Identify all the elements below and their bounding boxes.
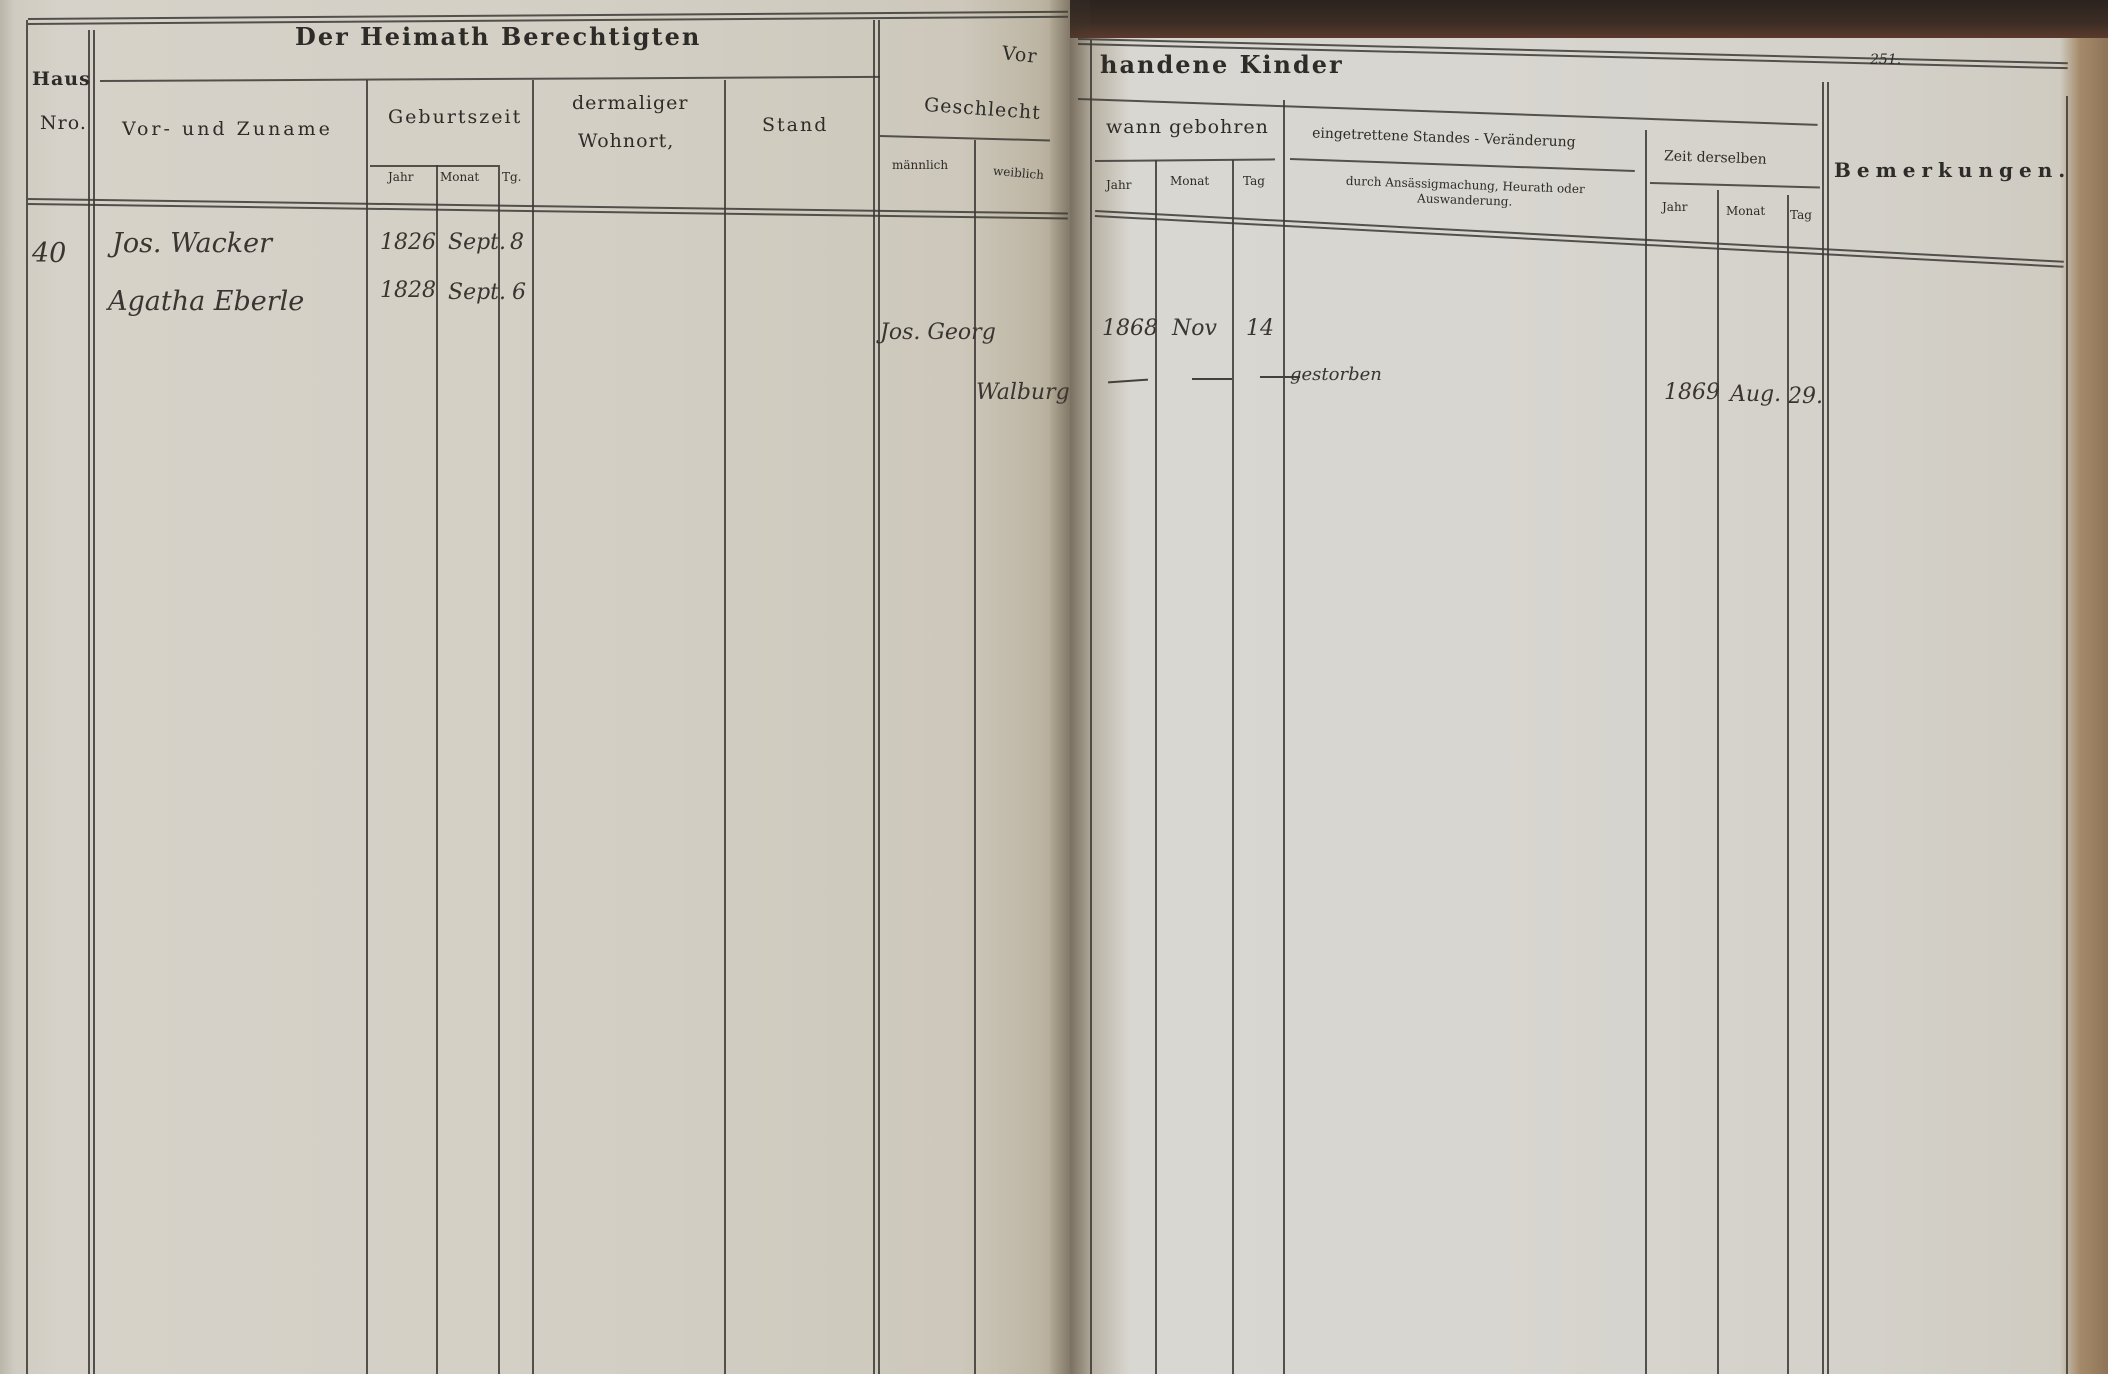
rule-tag-col (532, 80, 534, 1374)
header-born-tag: Tag (1243, 174, 1265, 188)
rule-under-birth (370, 165, 498, 167)
entry-1-haus-nro: 40 (32, 238, 66, 269)
rule-remarks-col (1822, 82, 1829, 1374)
header-born-monat: Monat (1170, 174, 1209, 188)
header-residence-2: Wohnort, (578, 130, 674, 152)
child-1-born-tag: 14 (1246, 316, 1274, 341)
header-time-tag: Tag (1790, 208, 1812, 222)
rule-born-monat-col (1232, 160, 1234, 1374)
entry-2-name: Agatha Eberle (108, 286, 304, 317)
header-residence-1: dermaliger (572, 92, 688, 114)
header-group-kinder: handene Kinder (1100, 50, 1344, 79)
book-gutter (1050, 0, 1090, 1374)
rule-born-jahr-col (1155, 160, 1157, 1374)
header-group-heimath: Der Heimath Berechtigten (295, 22, 701, 51)
header-birth: Geburtszeit (388, 106, 522, 128)
header-time-jahr: Jahr (1662, 200, 1687, 214)
entry-1-name: Jos. Wacker (112, 228, 272, 259)
header-born: wann gebohren (1106, 116, 1269, 138)
header-birth-jahr: Jahr (388, 170, 413, 184)
child-2-female-name: Walburg (976, 380, 1070, 405)
rule-change-col (1645, 130, 1647, 1374)
header-time-monat: Monat (1726, 204, 1765, 218)
rule-stand-col (873, 20, 880, 1374)
child-2-time-monat: Aug. (1730, 382, 1781, 407)
rule-monat-col (498, 165, 500, 1374)
child-1-male-name: Jos. Georg (880, 320, 996, 345)
header-name: Vor- und Zuname (122, 118, 333, 140)
rule-time-jahr-col (1717, 190, 1719, 1374)
entry-1-monat: Sept. (448, 230, 506, 255)
rule-right-page-left-edge (1090, 40, 1092, 1374)
header-continuation-vor: Vor (1001, 42, 1039, 68)
child-1-born-monat: Nov (1172, 316, 1217, 341)
entry-2-tag: 6 (512, 280, 526, 305)
rule-haus-col (88, 30, 95, 1374)
child-2-born-monat-dash (1192, 378, 1232, 380)
rule-born-tag-col (1283, 100, 1285, 1374)
header-birth-tag: Tg. (502, 170, 522, 184)
header-haus: Haus (32, 68, 91, 90)
header-male: männlich (892, 158, 948, 172)
rule-right-page-right-edge (2066, 96, 2068, 1374)
book-shadow-top (1070, 0, 2108, 38)
header-nro: Nro. (40, 112, 87, 134)
header-born-jahr: Jahr (1106, 178, 1131, 192)
open-register-book: Haus Nro. Der Heimath Berechtigten Vor- … (0, 0, 2108, 1374)
header-stand: Stand (762, 114, 828, 136)
child-2-time-jahr: 1869 (1664, 380, 1720, 405)
page-number: 251. (1870, 52, 1901, 68)
rule-jahr-col (436, 165, 438, 1374)
entry-2-monat: Sept. (448, 280, 506, 305)
rule-wohnort-col (724, 80, 726, 1374)
entry-2-jahr: 1828 (380, 278, 436, 303)
rule-name-col (366, 80, 368, 1374)
header-remarks: Bemerkungen. (1834, 158, 2071, 182)
entry-1-tag: 8 (510, 230, 524, 255)
child-2-change: gestorben (1290, 364, 1382, 385)
child-2-time-tag: 29. (1788, 384, 1823, 409)
rule-left-edge (26, 20, 28, 1374)
header-birth-monat: Monat (440, 170, 479, 184)
entry-1-jahr: 1826 (380, 230, 436, 255)
rule-time-monat-col (1787, 195, 1789, 1374)
child-1-born-jahr: 1868 (1102, 316, 1158, 341)
